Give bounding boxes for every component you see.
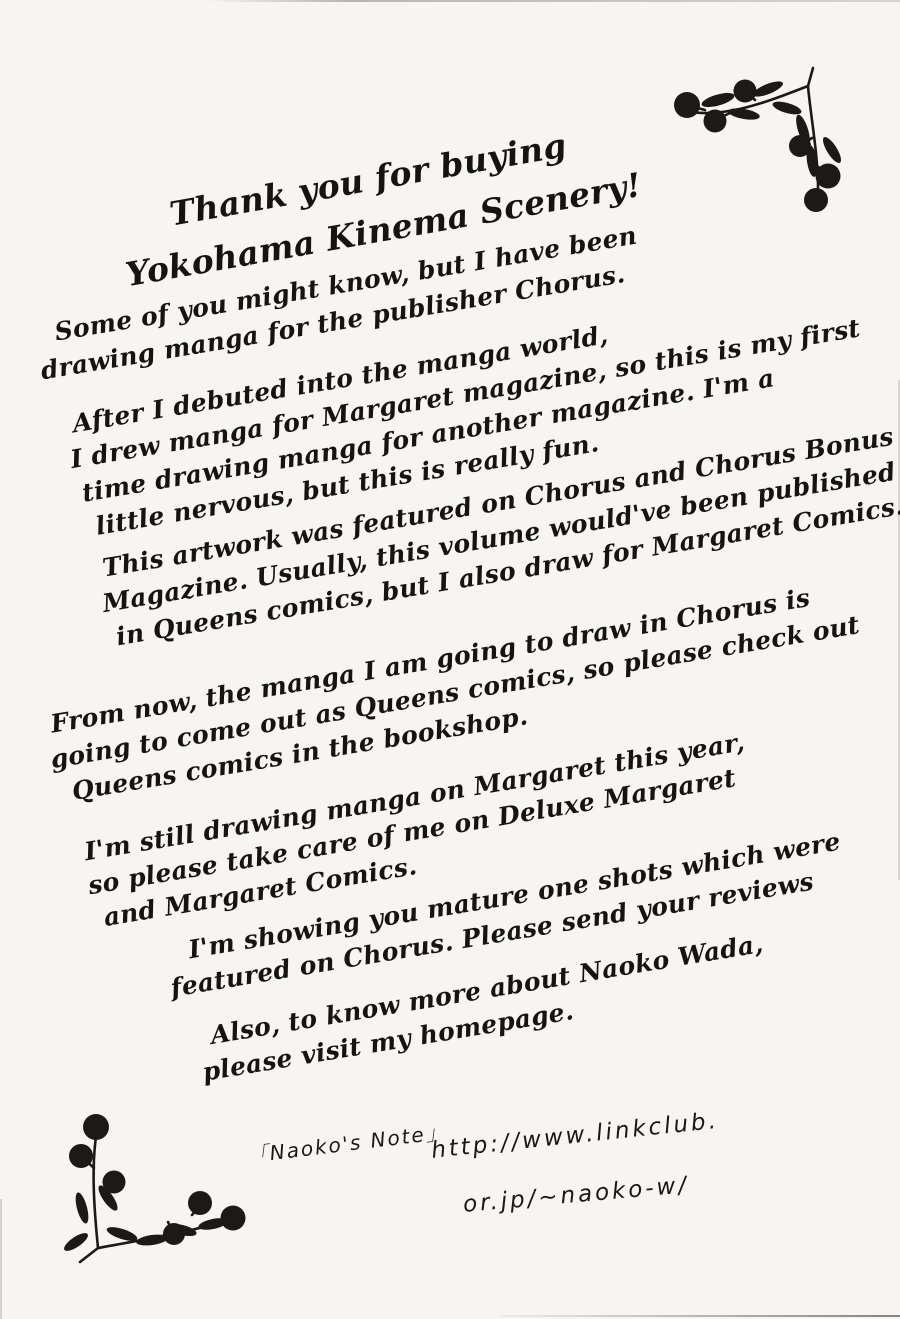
homepage-note-label: 「Naoko's Note」 xyxy=(246,1116,449,1169)
scan-edge-top xyxy=(205,0,900,2)
homepage-url-line-1: http://www.linkclub. xyxy=(430,1108,720,1164)
homepage-url-line-2: or.jp/~naoko-w/ xyxy=(462,1172,690,1218)
scan-edge-bottom xyxy=(500,1315,900,1317)
manga-afterword-page: Thank you for buying Yokohama Kinema Sce… xyxy=(0,0,900,1319)
scan-edge-left xyxy=(0,1199,2,1319)
berry-branch-icon xyxy=(660,58,885,223)
berry-branch-icon xyxy=(50,1110,275,1270)
